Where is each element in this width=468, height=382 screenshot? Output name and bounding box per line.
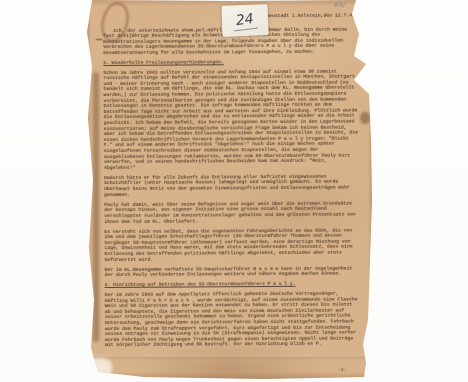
right-edge-stain: [360, 112, 370, 124]
body-paragraph: Dadurch hätte er für alle Zukunft die En…: [104, 174, 360, 198]
archive-label-number: 24: [232, 10, 258, 31]
left-edge-smudge: [93, 72, 99, 342]
margin-tick-mark: [96, 39, 102, 40]
body-paragraph: Es versteht sich von selbst, dass die so…: [104, 228, 360, 263]
fold-crease: [86, 355, 370, 358]
typewritten-text: Neustadt i.Holstein,den 12.7.45 Ich, der…: [103, 13, 361, 353]
body-paragraph: Schon im Jahre 1943 sollten vereinzelte …: [103, 69, 360, 171]
body-paragraph: Der im KL.Neuengamme verhaftete SS-Haupt…: [105, 266, 361, 279]
body-paragraph: Pauly hat damit, weit über seine Befugni…: [104, 201, 360, 225]
body-paragraphs: Ich, der unterzeichnete ehem.pol.Häftlin…: [103, 27, 361, 349]
body-paragraph: Der im Jahre 1943 auf dem Appellplatz öf…: [105, 291, 361, 349]
pencil-mark: 89/: [333, 1, 345, 9]
bottom-left-tear: [86, 358, 112, 378]
scanned-document-page: 89/ Neustadt i.Holstein,den 12.7.45 Ich,…: [0, 0, 468, 382]
archive-label-sticker: 24: [221, 4, 268, 37]
section-heading: 2. Hinrichtung auf Betreiben des SS-Ober…: [105, 282, 361, 289]
page-number: -2-: [338, 368, 347, 373]
section-heading: 1. Wiederholte Freilassungsverhinderunge…: [103, 59, 359, 66]
paper-sheet: 89/ Neustadt i.Holstein,den 12.7.45 Ich,…: [84, 0, 374, 380]
